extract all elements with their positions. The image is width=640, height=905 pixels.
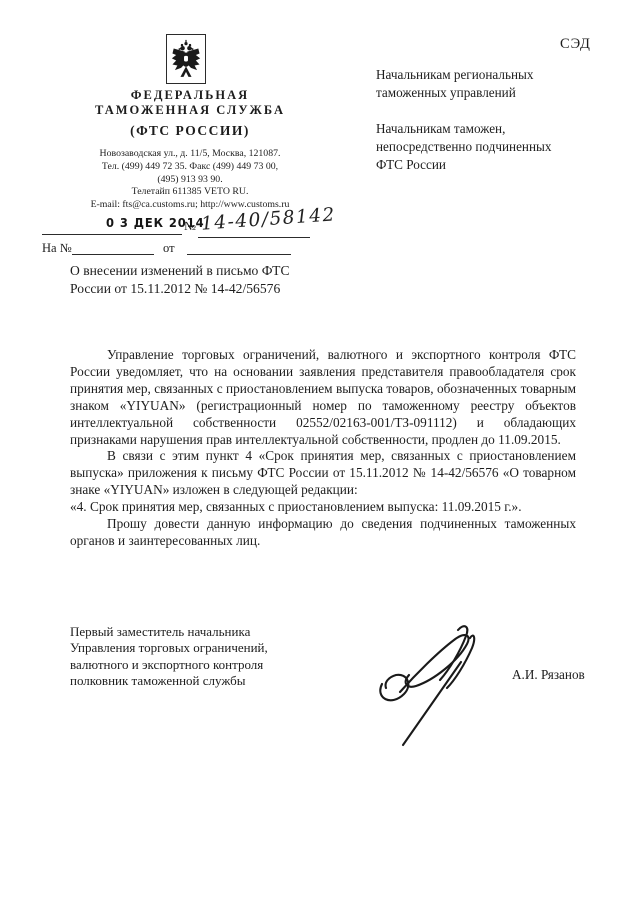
body-paragraph-3: Прошу довести данную информацию до сведе… <box>70 516 576 550</box>
body-quote-line: «4. Срок принятия мер, связанных с приос… <box>70 499 576 516</box>
reply-from-label: от <box>163 241 175 256</box>
recipient-block-customs: Начальникам таможен, непосредственно под… <box>376 120 606 174</box>
signer-position-line: валютного и экспортного контроля <box>70 657 310 673</box>
letterhead-contact-block: Новозаводская ул., д. 11/5, Москва, 1210… <box>28 148 352 212</box>
recipient-line: ФТС России <box>376 156 606 174</box>
sed-label: СЭД <box>560 36 591 53</box>
number-underline <box>198 237 310 238</box>
letter-body: Управление торговых ограничений, валютно… <box>70 347 576 550</box>
number-sign-label: № <box>184 219 196 234</box>
reply-number-underline <box>72 254 154 255</box>
signer-position-line: Управления торговых ограничений, <box>70 640 310 656</box>
reply-to-label: На № <box>42 241 72 256</box>
recipient-line: непосредственно подчиненных <box>376 138 606 156</box>
teletype-line: Телетайп 611385 VETO RU. <box>28 186 352 199</box>
org-name-line1: ФЕДЕРАЛЬНАЯ <box>40 88 340 103</box>
address-line: Новозаводская ул., д. 11/5, Москва, 1210… <box>28 148 352 161</box>
subject-block: О внесении изменений в письмо ФТС России… <box>70 262 350 297</box>
subject-line: России от 15.11.2012 № 14-42/56576 <box>70 280 350 298</box>
double-headed-eagle-icon <box>170 38 202 80</box>
body-paragraph-2: В связи с этим пункт 4 «Срок принятия ме… <box>70 448 576 499</box>
scanned-letter-page: ФЕДЕРАЛЬНАЯ ТАМОЖЕННАЯ СЛУЖБА (ФТС РОССИ… <box>0 0 640 905</box>
signer-position-line: полковник таможенной службы <box>70 673 310 689</box>
signer-position-line: Первый заместитель начальника <box>70 624 310 640</box>
subject-line: О внесении изменений в письмо ФТС <box>70 262 350 280</box>
recipient-block-regional: Начальникам региональных таможенных упра… <box>376 66 606 102</box>
handwritten-signature <box>372 622 480 752</box>
phone-line: (495) 913 93 90. <box>28 174 352 187</box>
signer-position-block: Первый заместитель начальника Управления… <box>70 624 310 690</box>
org-name-line3: (ФТС РОССИИ) <box>40 123 340 139</box>
recipient-line: Начальникам региональных <box>376 66 606 84</box>
recipient-line: таможенных управлений <box>376 84 606 102</box>
phone-line: Тел. (499) 449 72 35. Факс (499) 449 73 … <box>28 161 352 174</box>
reply-date-underline <box>187 254 291 255</box>
coat-of-arms-emblem <box>166 34 206 84</box>
body-paragraph-1: Управление торговых ограничений, валютно… <box>70 347 576 448</box>
recipient-line: Начальникам таможен, <box>376 120 606 138</box>
date-underline <box>42 234 182 235</box>
signer-name: А.И. Рязанов <box>512 667 585 683</box>
org-name-line2: ТАМОЖЕННАЯ СЛУЖБА <box>40 103 340 118</box>
